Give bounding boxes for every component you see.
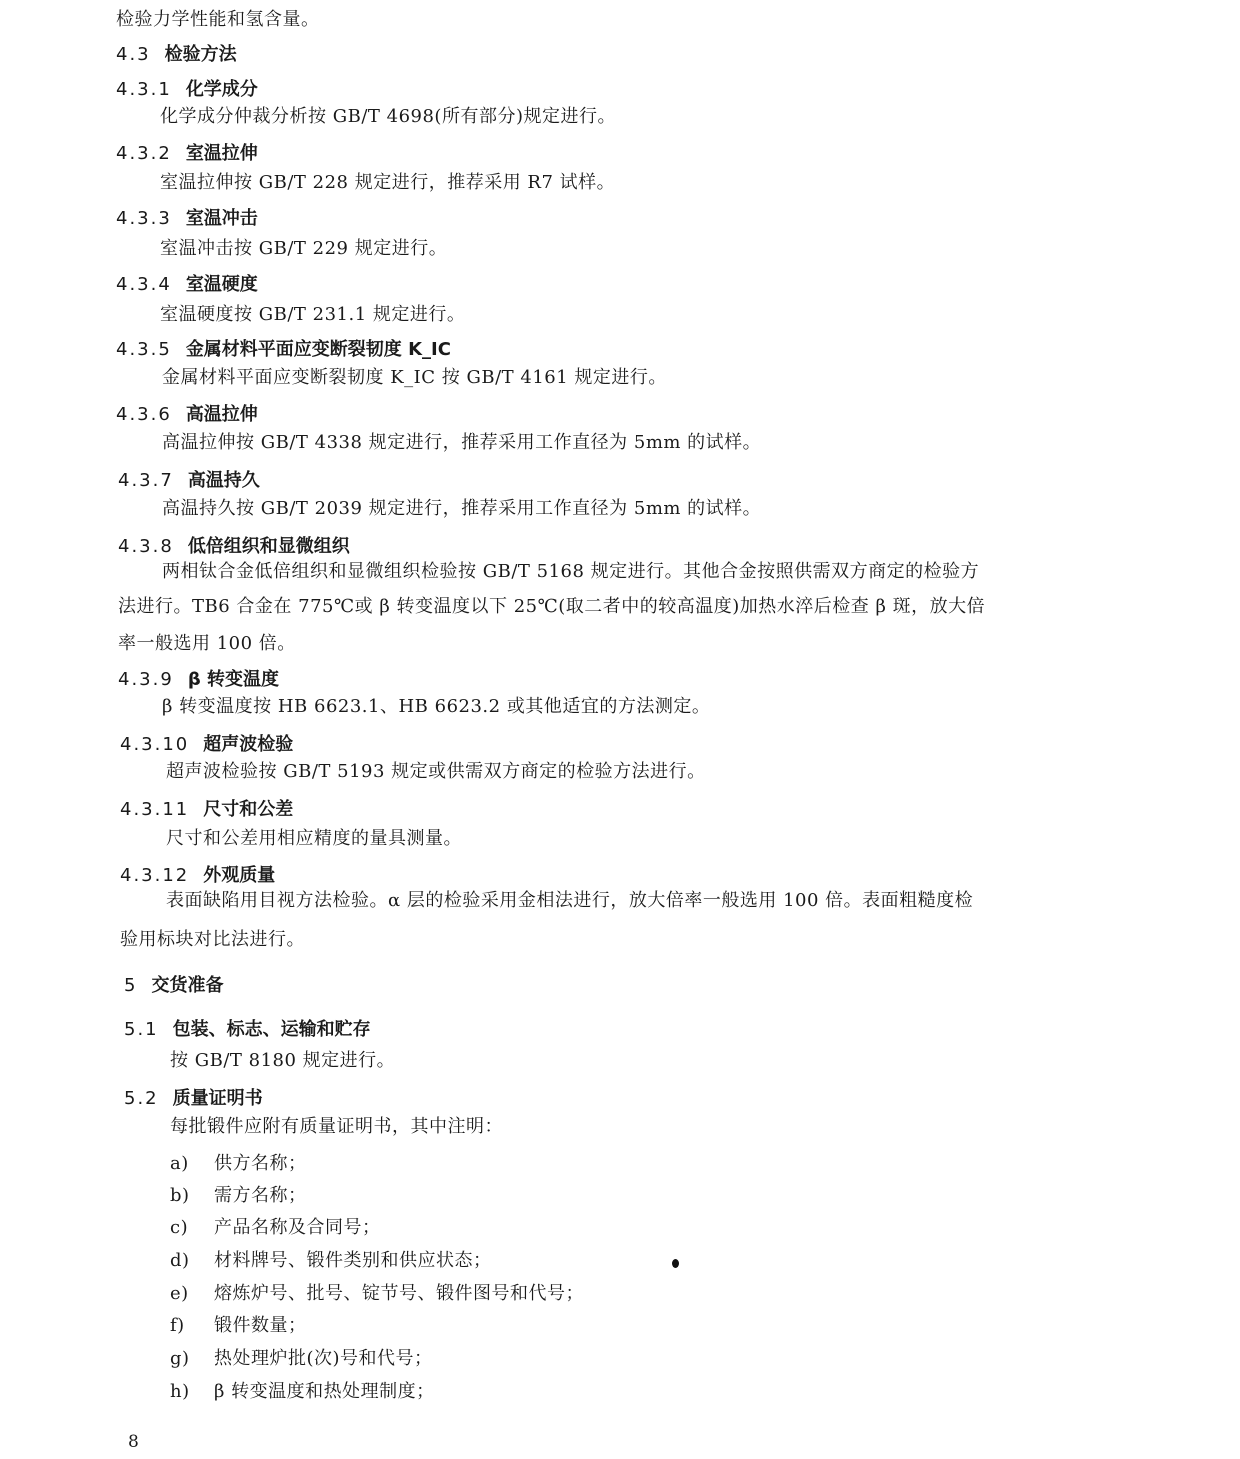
paragraph: 金属材料平面应变断裂韧度 K_IC 按 GB/T 4161 规定进行。 [162, 366, 667, 390]
section-number: 5 [124, 974, 137, 998]
subsection-heading-4-3-4: 4.3.4室温硬度 [116, 273, 258, 297]
subsection-heading-4-3-10: 4.3.10超声波检验 [120, 733, 293, 757]
list-text: 热处理炉批(次)号和代号； [214, 1348, 433, 1369]
subsection-title: 室温拉伸 [186, 143, 258, 164]
subsection-heading-4-3-9: 4.3.9β 转变温度 [118, 668, 279, 692]
list-item: d)材料牌号、锻件类别和供应状态； [170, 1249, 492, 1273]
paragraph: 高温持久按 GB/T 2039 规定进行，推荐采用工作直径为 5mm 的试样。 [162, 497, 761, 521]
paragraph: 化学成分仲裁分析按 GB/T 4698(所有部分)规定进行。 [160, 105, 616, 129]
paragraph: 验用标块对比法进行。 [120, 928, 305, 952]
list-marker: g) [170, 1347, 214, 1371]
paragraph: β 转变温度按 HB 6623.1、HB 6623.2 或其他适宜的方法测定。 [162, 695, 710, 719]
subsection-heading-4-3-12: 4.3.12外观质量 [120, 864, 275, 888]
list-item: a)供方名称； [170, 1152, 307, 1176]
subsection-number: 4.3.9 [118, 668, 174, 692]
subsection-title: β 转变温度 [188, 669, 279, 690]
paragraph: 按 GB/T 8180 规定进行。 [170, 1049, 395, 1073]
section-title: 交货准备 [151, 975, 223, 996]
subsection-title: 室温硬度 [186, 274, 258, 295]
subsection-heading-4-3-2: 4.3.2室温拉伸 [116, 142, 258, 166]
subsection-number: 4.3.2 [116, 142, 172, 166]
list-item: h)β 转变温度和热处理制度； [170, 1380, 435, 1404]
section-number: 5.2 [124, 1087, 159, 1111]
subsection-title: 室温冲击 [186, 208, 258, 229]
list-marker: e) [170, 1282, 214, 1306]
list-text: 产品名称及合同号； [214, 1217, 381, 1238]
subsection-number: 4.3.8 [118, 535, 174, 559]
list-text: 供方名称； [214, 1153, 307, 1174]
list-item: b)需方名称； [170, 1184, 307, 1208]
list-text: 需方名称； [214, 1185, 307, 1206]
paragraph: 表面缺陷用目视方法检验。α 层的检验采用金相法进行，放大倍率一般选用 100 倍… [166, 889, 973, 913]
list-text: β 转变温度和热处理制度； [214, 1381, 435, 1402]
subsection-number: 4.3.5 [116, 338, 172, 362]
section-title: 包装、标志、运输和贮存 [173, 1019, 371, 1040]
list-marker: a) [170, 1152, 214, 1176]
subsection-title: 高温持久 [188, 470, 260, 491]
list-text: 熔炼炉号、批号、锭节号、锻件图号和代号； [214, 1283, 584, 1304]
subsection-number: 4.3.1 [116, 78, 172, 102]
page-number: 8 [128, 1432, 139, 1452]
subsection-title: 高温拉伸 [186, 404, 258, 425]
section-heading-4-3: 4.3检验方法 [116, 43, 237, 67]
list-marker: f) [170, 1314, 214, 1338]
intro-line: 检验力学性能和氢含量。 [116, 8, 320, 32]
paragraph: 超声波检验按 GB/T 5193 规定或供需双方商定的检验方法进行。 [166, 760, 706, 784]
subsection-number: 4.3.4 [116, 273, 172, 297]
list-marker: h) [170, 1380, 214, 1404]
section-heading-5-1: 5.1包装、标志、运输和贮存 [124, 1018, 371, 1042]
paragraph: 率一般选用 100 倍。 [118, 632, 296, 656]
list-item: c)产品名称及合同号； [170, 1216, 381, 1240]
subsection-title: 尺寸和公差 [203, 799, 293, 820]
paragraph: 室温硬度按 GB/T 231.1 规定进行。 [160, 303, 465, 327]
subsection-heading-4-3-6: 4.3.6高温拉伸 [116, 403, 258, 427]
paragraph: 每批锻件应附有质量证明书，其中注明： [170, 1115, 503, 1139]
subsection-number: 4.3.3 [116, 207, 172, 231]
subsection-number: 4.3.11 [120, 798, 189, 822]
subsection-number: 4.3.6 [116, 403, 172, 427]
subsection-title: 低倍组织和显微组织 [188, 536, 350, 557]
section-heading-5-2: 5.2质量证明书 [124, 1087, 263, 1111]
paragraph: 法进行。TB6 合金在 775℃或 β 转变温度以下 25℃(取二者中的较高温度… [118, 595, 985, 619]
subsection-number: 4.3.12 [120, 864, 189, 888]
paragraph: 室温冲击按 GB/T 229 规定进行。 [160, 237, 447, 261]
subsection-heading-4-3-3: 4.3.3室温冲击 [116, 207, 258, 231]
list-item: f)锻件数量； [170, 1314, 307, 1338]
subsection-number: 4.3.7 [118, 469, 174, 493]
section-title: 质量证明书 [173, 1088, 263, 1109]
list-text: 材料牌号、锻件类别和供应状态； [214, 1250, 492, 1271]
list-item: g)热处理炉批(次)号和代号； [170, 1347, 433, 1371]
subsection-heading-4-3-5: 4.3.5金属材料平面应变断裂韧度 K_IC [116, 338, 451, 362]
subsection-title: 外观质量 [203, 865, 275, 886]
paragraph: 室温拉伸按 GB/T 228 规定进行，推荐采用 R7 试样。 [160, 171, 615, 195]
paragraph: 高温拉伸按 GB/T 4338 规定进行，推荐采用工作直径为 5mm 的试样。 [162, 431, 761, 455]
paragraph: 两相钛合金低倍组织和显微组织检验按 GB/T 5168 规定进行。其他合金按照供… [162, 560, 979, 584]
list-marker: c) [170, 1216, 214, 1240]
section-title: 检验方法 [165, 44, 237, 65]
section-number: 5.1 [124, 1018, 159, 1042]
subsection-heading-4-3-8: 4.3.8低倍组织和显微组织 [118, 535, 350, 559]
subsection-title: 超声波检验 [203, 734, 293, 755]
subsection-number: 4.3.10 [120, 733, 189, 757]
subsection-title: 化学成分 [186, 79, 258, 100]
section-number: 4.3 [116, 43, 151, 67]
subsection-title: 金属材料平面应变断裂韧度 K_IC [186, 339, 451, 360]
list-text: 锻件数量； [214, 1315, 307, 1336]
list-marker: b) [170, 1184, 214, 1208]
section-heading-5: 5交货准备 [124, 974, 223, 998]
list-item: e)熔炼炉号、批号、锭节号、锻件图号和代号； [170, 1282, 584, 1306]
subsection-heading-4-3-7: 4.3.7高温持久 [118, 469, 260, 493]
paragraph: 尺寸和公差用相应精度的量具测量。 [166, 827, 462, 851]
list-marker: d) [170, 1249, 214, 1273]
scan-speck-mark [672, 1259, 679, 1268]
subsection-heading-4-3-11: 4.3.11尺寸和公差 [120, 798, 293, 822]
subsection-heading-4-3-1: 4.3.1化学成分 [116, 78, 258, 102]
